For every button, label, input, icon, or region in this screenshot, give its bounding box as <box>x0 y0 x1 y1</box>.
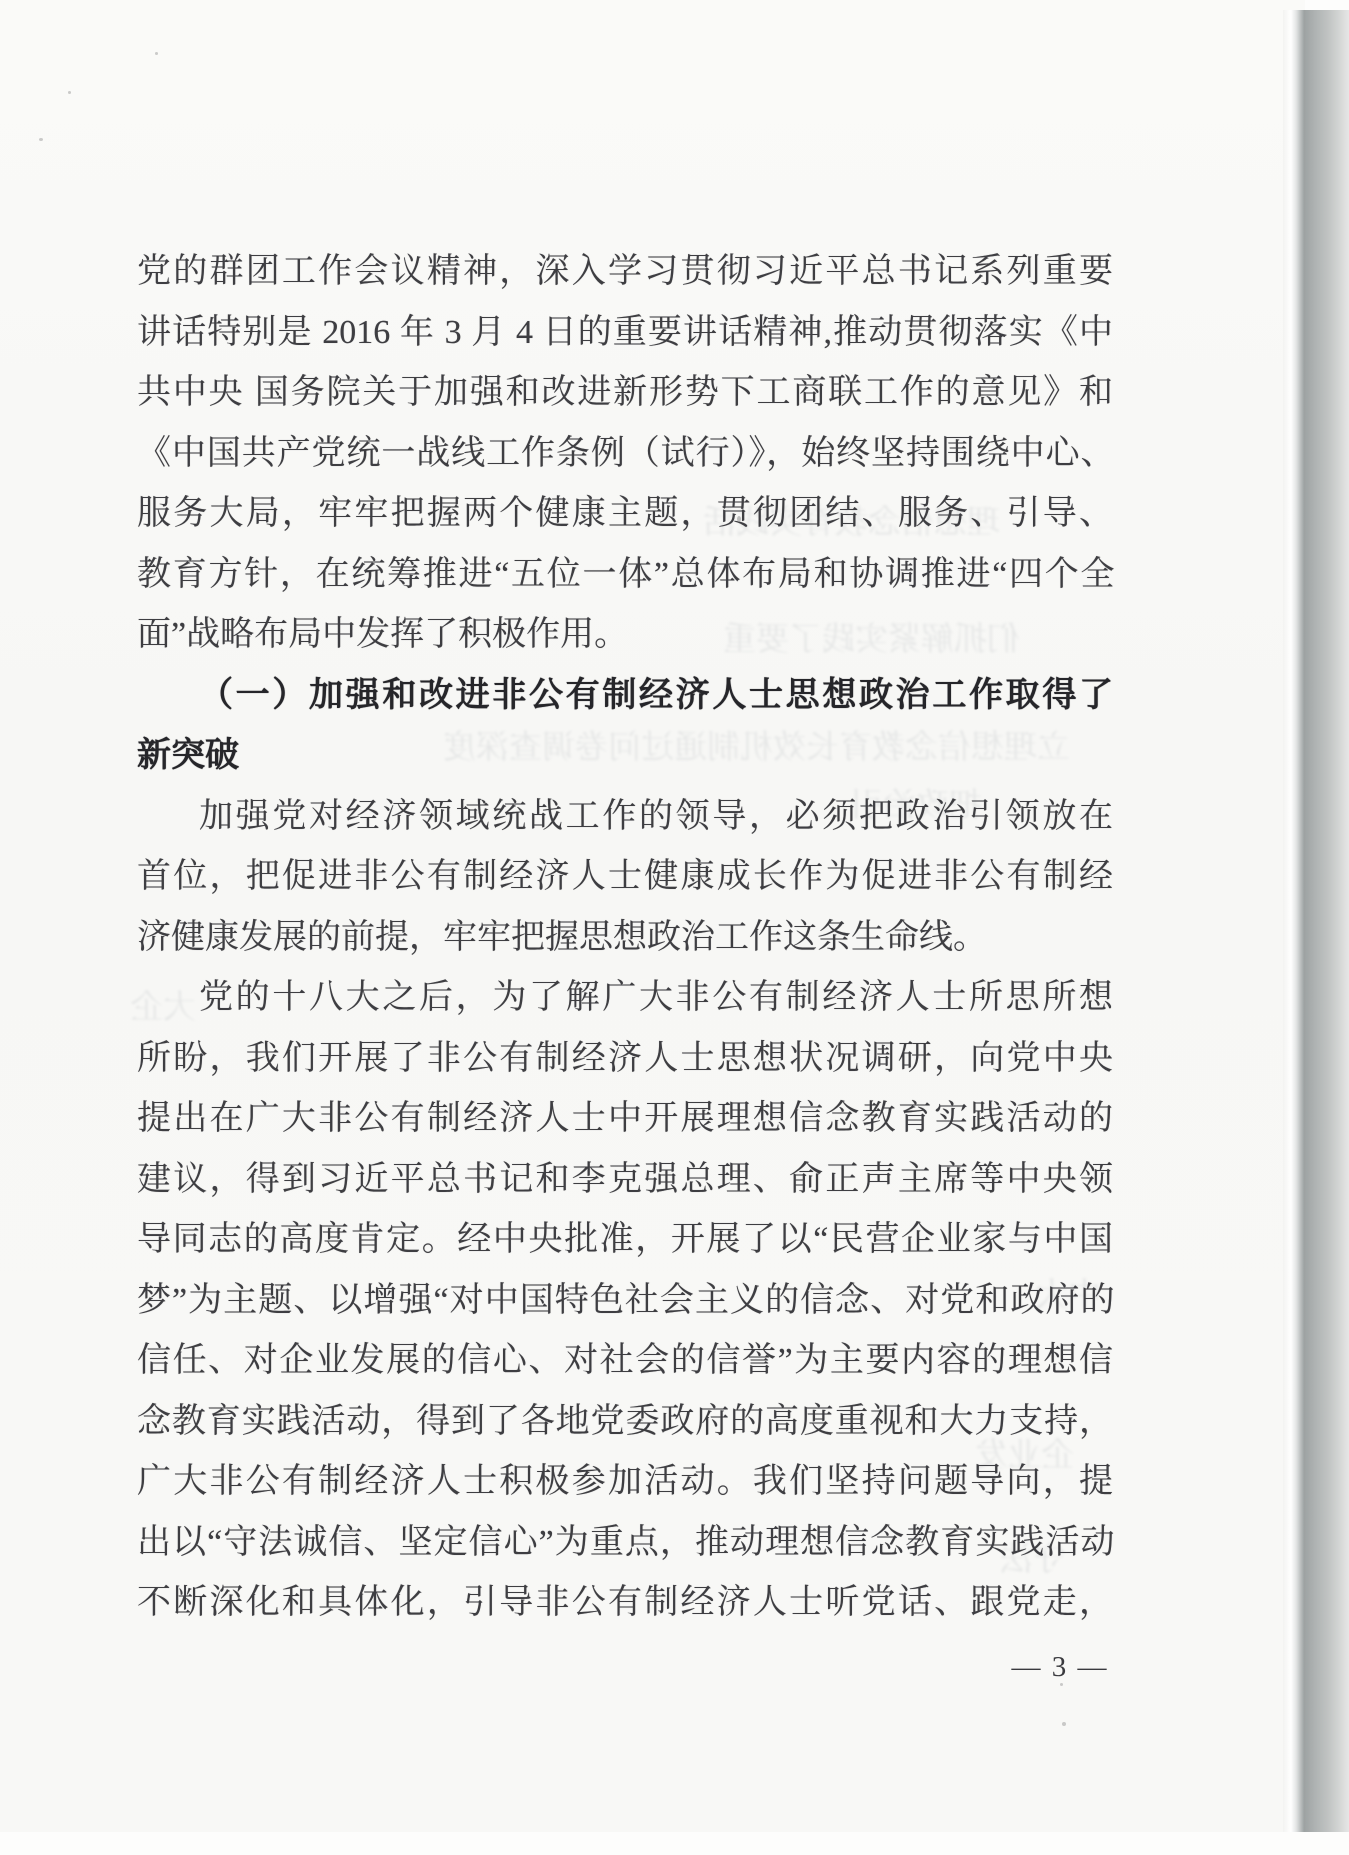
text-line: 服务大局，牢牢把握两个健康主题，贯彻团结、服务、引导、 <box>137 484 1113 545</box>
scan-speck <box>155 52 158 55</box>
text-line: 建议，得到习近平总书记和李克强总理、俞正声主席等中央领 <box>137 1150 1113 1211</box>
text-line: 念教育实践活动，得到了各地党委政府的高度重视和大力支持， <box>137 1392 1113 1453</box>
text-line: 首位，把促进非公有制经济人士健康成长作为促进非公有制经 <box>137 847 1113 908</box>
text-line: 导同志的高度肯定。经中央批准，开展了以“民营企业家与中国 <box>137 1210 1113 1271</box>
text-line: 信任、对企业发展的信心、对社会的信誉”为主要内容的理想信 <box>137 1331 1113 1392</box>
scanner-background-strip <box>0 1832 1349 1855</box>
text-line: 《中国共产党统一战线工作条例（试行）》，始终坚持围绕中心、 <box>137 424 1113 485</box>
text-line: 济健康发展的前提，牢牢把握思想政治工作这条生命线。 <box>137 908 1113 969</box>
text-line: 党的群团工作会议精神，深入学习贯彻习近平总书记系列重要 <box>137 242 1113 303</box>
scan-speck <box>1060 1683 1063 1686</box>
page-number: — 3 — <box>1000 1646 1120 1688</box>
text-line: 广大非公有制经济人士积极参加活动。我们坚持问题导向，提 <box>137 1452 1113 1513</box>
scan-speck <box>68 91 71 94</box>
text-line: 面”战略布局中发挥了积极作用。 <box>137 605 1113 666</box>
text-line: 教育方针，在统筹推进“五位一体”总体布局和协调推进“四个全 <box>137 545 1113 606</box>
heading-line: （一）加强和改进非公有制经济人士思想政治工作取得了 <box>137 666 1113 727</box>
text-line: 不断深化和具体化，引导非公有制经济人士听党话、跟党走， <box>137 1573 1113 1634</box>
page-edge-shadow <box>1283 10 1349 1832</box>
text-column: 党的群团工作会议精神，深入学习贯彻习近平总书记系列重要 讲话特别是 2016 年… <box>137 242 1113 1634</box>
text-line: 共中央 国务院关于加强和改进新形势下工商联工作的意见》和 <box>137 363 1113 424</box>
text-line: 加强党对经济领域统战工作的领导，必须把政治引领放在 <box>137 787 1113 848</box>
text-line: 出以“守法诚信、坚定信心”为重点，推动理想信念教育实践活动 <box>137 1513 1113 1574</box>
text-line: 党的十八大之后，为了解广大非公有制经济人士所思所想 <box>137 968 1113 1029</box>
scan-speck <box>737 516 741 522</box>
scan-speck <box>1062 1722 1066 1726</box>
scanned-document-page: 理想信念教育实践活 们抓解紧实践了要重 立理想信念教育长效机制通过问卷调查深度 … <box>0 0 1349 1855</box>
heading-line: 新突破 <box>137 726 1113 787</box>
text-line: 所盼，我们开展了非公有制经济人士思想状况调研，向党中央 <box>137 1029 1113 1090</box>
text-line: 讲话特别是 2016 年 3 月 4 日的重要讲话精神,推动贯彻落实《中 <box>137 303 1113 364</box>
text-line: 提出在广大非公有制经济人士中开展理想信念教育实践活动的 <box>137 1089 1113 1150</box>
text-line: 梦”为主题、以增强“对中国特色社会主义的信念、对党和政府的 <box>137 1271 1113 1332</box>
scan-speck <box>39 138 43 141</box>
